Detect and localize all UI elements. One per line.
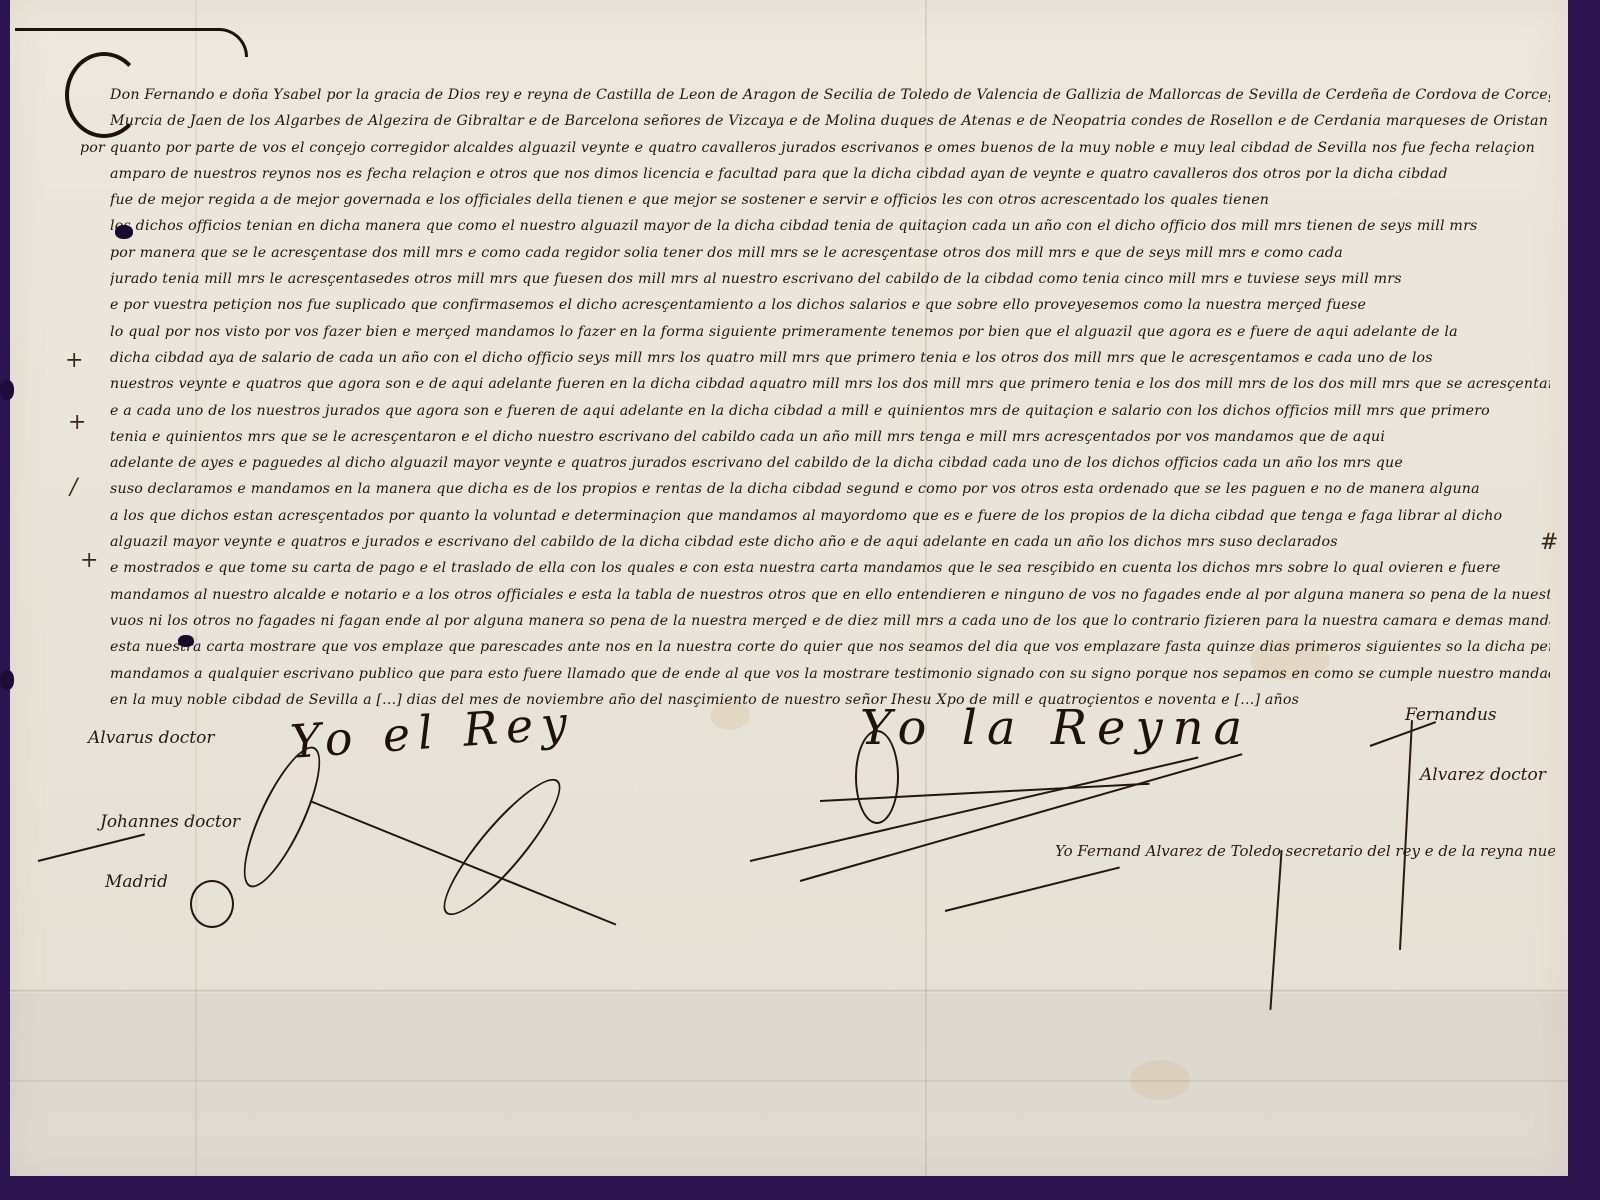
signature-flourish: [38, 833, 145, 862]
text-line: por quanto por parte de vos el conçejo c…: [80, 135, 1550, 161]
paper-stain: [1130, 1060, 1190, 1100]
vertical-stroke: [1269, 850, 1282, 1010]
text-line: los dichos officios tenian en dicha mane…: [110, 213, 1550, 239]
secretary-attestation: Yo Fernand Alvarez de Toledo secretario …: [1055, 842, 1555, 860]
rubric-loop: [190, 880, 234, 928]
margin-cross-mark: +: [65, 348, 83, 373]
text-line: jurado tenia mill mrs le acresçentasedes…: [110, 266, 1550, 292]
vertical-stroke: [1399, 720, 1413, 950]
signature-flourish: [1370, 721, 1436, 747]
signature-flourish: [945, 866, 1120, 911]
marginal-note: Alvarez doctor: [1420, 765, 1546, 785]
margin-cross-mark: /: [70, 475, 77, 500]
text-line: e mostrados e que tome su carta de pago …: [110, 555, 1550, 581]
text-line: suso declaramos e mandamos en la manera …: [110, 476, 1550, 502]
top-flourish: [15, 28, 248, 57]
queen-signature: Yo la Reyna: [860, 700, 1252, 756]
text-line: lo qual por nos visto por vos fazer bien…: [110, 319, 1550, 345]
manuscript-sheet: Don Fernando e doña Ysabel por la gracia…: [10, 0, 1568, 1176]
background-edge: [0, 670, 14, 690]
document-body: Don Fernando e doña Ysabel por la gracia…: [110, 82, 1550, 713]
horizontal-fold: [10, 990, 1568, 993]
marginal-note: Johannes doctor: [100, 812, 240, 832]
signature-loop: [429, 766, 575, 928]
text-line: dicha cibdad aya de salario de cada un a…: [110, 345, 1550, 371]
horizontal-crease: [10, 1080, 1568, 1082]
ink-blot: [178, 635, 194, 647]
text-line: amparo de nuestros reynos nos es fecha r…: [110, 161, 1550, 187]
text-line: mandamos a qualquier escrivano publico q…: [110, 661, 1550, 687]
text-line: esta nuestra carta mostrare que vos empl…: [110, 634, 1550, 660]
marginal-note: Alvarus doctor: [88, 728, 215, 748]
margin-cross-mark: +: [68, 410, 86, 435]
text-line: tenia e quinientos mrs que se le acresçe…: [110, 424, 1550, 450]
text-line: adelante de ayes e paguedes al dicho alg…: [110, 450, 1550, 476]
text-line: en la muy noble cibdad de Sevilla a [...…: [110, 687, 1550, 713]
text-line: e por vuestra petiçion nos fue suplicado…: [110, 292, 1550, 318]
text-line: por manera que se le acresçentase dos mi…: [110, 240, 1550, 266]
signature-loop: [855, 730, 899, 824]
text-line: a los que dichos estan acresçentados por…: [110, 503, 1550, 529]
signature-loop: [230, 738, 335, 896]
margin-cross-mark: #: [1540, 530, 1558, 555]
marginal-note: Madrid: [105, 872, 168, 892]
background-edge: [0, 380, 14, 400]
text-line: vuos ni los otros no fagades ni fagan en…: [110, 608, 1550, 634]
text-line: e a cada uno de los nuestros jurados que…: [110, 398, 1550, 424]
text-line: fue de mejor regida a de mejor governada…: [110, 187, 1550, 213]
text-line: alguazil mayor veynte e quatros e jurado…: [110, 529, 1550, 555]
text-line: Don Fernando e doña Ysabel por la gracia…: [110, 82, 1550, 108]
text-line: mandamos al nuestro alcalde e notario e …: [110, 582, 1550, 608]
ink-blot: [115, 225, 133, 239]
text-line: nuestros veynte e quatros que agora son …: [110, 371, 1550, 397]
margin-cross-mark: +: [80, 548, 98, 573]
text-line: Murcia de Jaen de los Algarbes de Algezi…: [110, 108, 1550, 134]
marginal-note: Fernandus: [1405, 705, 1497, 725]
